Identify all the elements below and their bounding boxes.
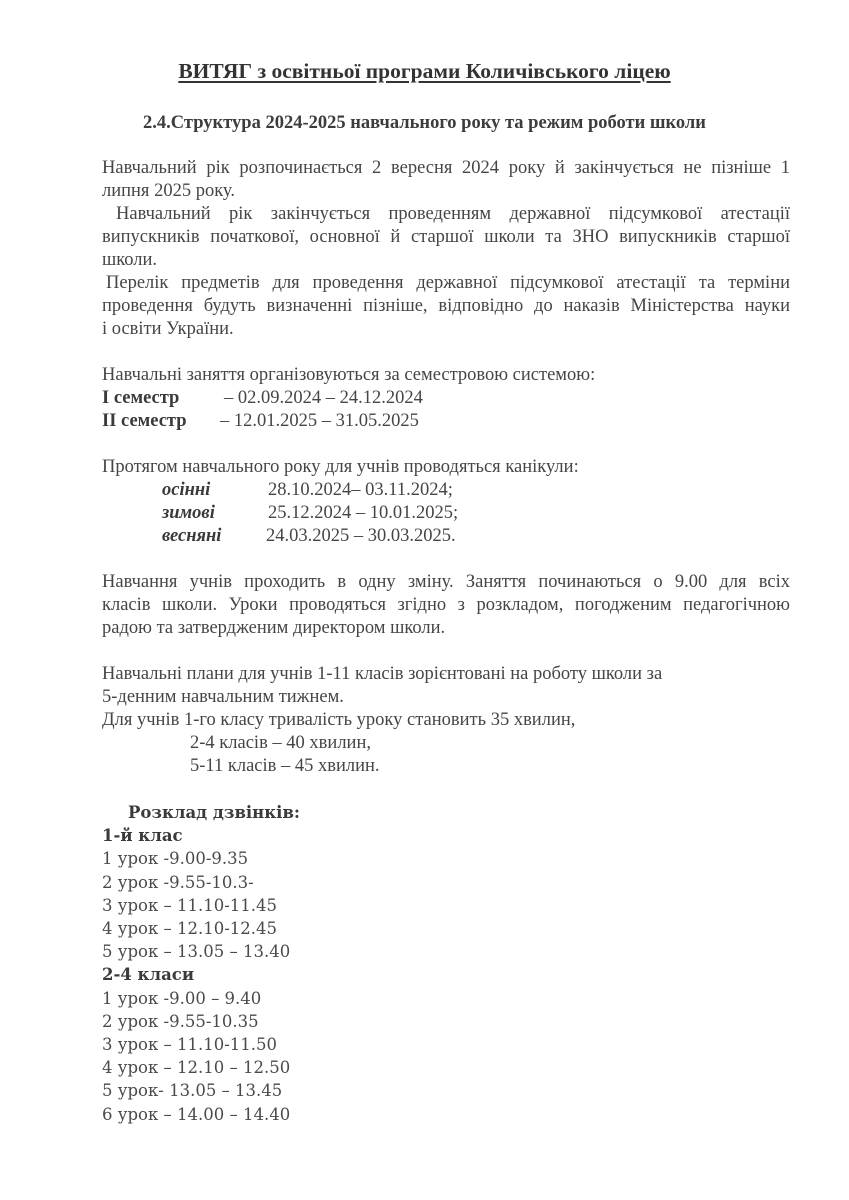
semester-dates: – 02.09.2024 – 24.12.2024 <box>224 388 423 408</box>
plans-line-3: Для учнів 1-го класу тривалість уроку ст… <box>102 709 790 732</box>
holiday-label: осінні <box>162 479 268 502</box>
subjects-paragraph: Перелік предметів для проведення державн… <box>102 272 790 341</box>
holiday-dates: 24.03.2025 – 30.03.2025. <box>266 526 456 546</box>
subjects-line-3: і освіти України. <box>102 318 790 341</box>
semester-label: І семестр <box>102 387 224 410</box>
lesson-time: 1 урок -9.00 – 9.40 <box>102 987 790 1010</box>
holiday-row: зимові25.12.2024 – 10.01.2025; <box>102 502 790 525</box>
subjects-line-1: Перелік предметів для проведення державн… <box>102 272 790 295</box>
lesson-time: 3 урок – 11.10-11.45 <box>102 894 790 917</box>
lesson-time: 5 урок – 13.05 – 13.40 <box>102 940 790 963</box>
attestation-line-2: випускників початкової, основної й старш… <box>102 226 790 249</box>
lesson-time: 4 урок – 12.10-12.45 <box>102 917 790 940</box>
shift-line-1: Навчання учнів проходить в одну зміну. З… <box>102 571 790 594</box>
holiday-row: осінні28.10.2024– 03.11.2024; <box>102 479 790 502</box>
plans-line-5: 5-11 класів – 45 хвилин. <box>102 755 790 778</box>
document-page: ВИТЯГ з освітньої програми Количівського… <box>0 0 849 1200</box>
group-heading-grade-1: 1-й клас <box>102 824 790 847</box>
intro-paragraph: Навчальний рік розпочинається 2 вересня … <box>102 157 790 203</box>
holiday-label: зимові <box>162 502 268 525</box>
section-heading: 2.4.Структура 2024-2025 навчального року… <box>0 113 849 134</box>
semesters-section: Навчальні заняття організовуються за сем… <box>102 364 790 433</box>
subjects-line-2: проведення будуть визначенні пізніше, ві… <box>102 295 790 318</box>
intro-line-1: Навчальний рік розпочинається 2 вересня … <box>102 157 790 180</box>
plans-line-2: 5-денним навчальним тижнем. <box>102 686 790 709</box>
semester-row: ІІ семестр– 12.01.2025 – 31.05.2025 <box>102 410 790 433</box>
attestation-line-1: Навчальний рік закінчується проведенням … <box>102 203 790 226</box>
intro-line-2: липня 2025 року. <box>102 180 790 203</box>
attestation-paragraph: Навчальний рік закінчується проведенням … <box>102 203 790 272</box>
holiday-dates: 28.10.2024– 03.11.2024; <box>268 480 453 500</box>
lesson-time: 4 урок – 12.10 – 12.50 <box>102 1056 790 1079</box>
bell-schedule: Розклад дзвінків: 1-й клас 1 урок -9.00-… <box>102 801 790 1126</box>
group-heading-grades-2-4: 2-4 класи <box>102 963 790 986</box>
semester-dates: – 12.01.2025 – 31.05.2025 <box>220 411 419 431</box>
holidays-intro: Протягом навчального року для учнів пров… <box>102 456 790 479</box>
lesson-time: 6 урок – 14.00 – 14.40 <box>102 1103 790 1126</box>
plans-line-1: Навчальні плани для учнів 1-11 класів зо… <box>102 663 790 686</box>
attestation-line-3: школи. <box>102 249 790 272</box>
bell-schedule-title: Розклад дзвінків: <box>102 801 790 824</box>
lesson-time: 2 урок -9.55-10.3- <box>102 871 790 894</box>
holidays-section: Протягом навчального року для учнів пров… <box>102 456 790 548</box>
lesson-time: 5 урок- 13.05 – 13.45 <box>102 1079 790 1102</box>
holiday-row: весняні24.03.2025 – 30.03.2025. <box>102 525 790 548</box>
lesson-time: 2 урок -9.55-10.35 <box>102 1010 790 1033</box>
document-title: ВИТЯГ з освітньої програми Количівського… <box>0 59 849 84</box>
semester-label: ІІ семестр <box>102 410 220 433</box>
holiday-label: весняні <box>162 525 266 548</box>
lesson-time: 3 урок – 11.10-11.50 <box>102 1033 790 1056</box>
plans-paragraph: Навчальні плани для учнів 1-11 класів зо… <box>102 663 790 778</box>
semesters-intro: Навчальні заняття організовуються за сем… <box>102 364 790 387</box>
shift-line-3: радою та затвердженим директором школи. <box>102 617 790 640</box>
shift-paragraph: Навчання учнів проходить в одну зміну. З… <box>102 571 790 640</box>
shift-line-2: класів школи. Уроки проводяться згідно з… <box>102 594 790 617</box>
lesson-time: 1 урок -9.00-9.35 <box>102 847 790 870</box>
holiday-dates: 25.12.2024 – 10.01.2025; <box>268 503 458 523</box>
plans-line-4: 2-4 класів – 40 хвилин, <box>102 732 790 755</box>
semester-row: І семестр– 02.09.2024 – 24.12.2024 <box>102 387 790 410</box>
